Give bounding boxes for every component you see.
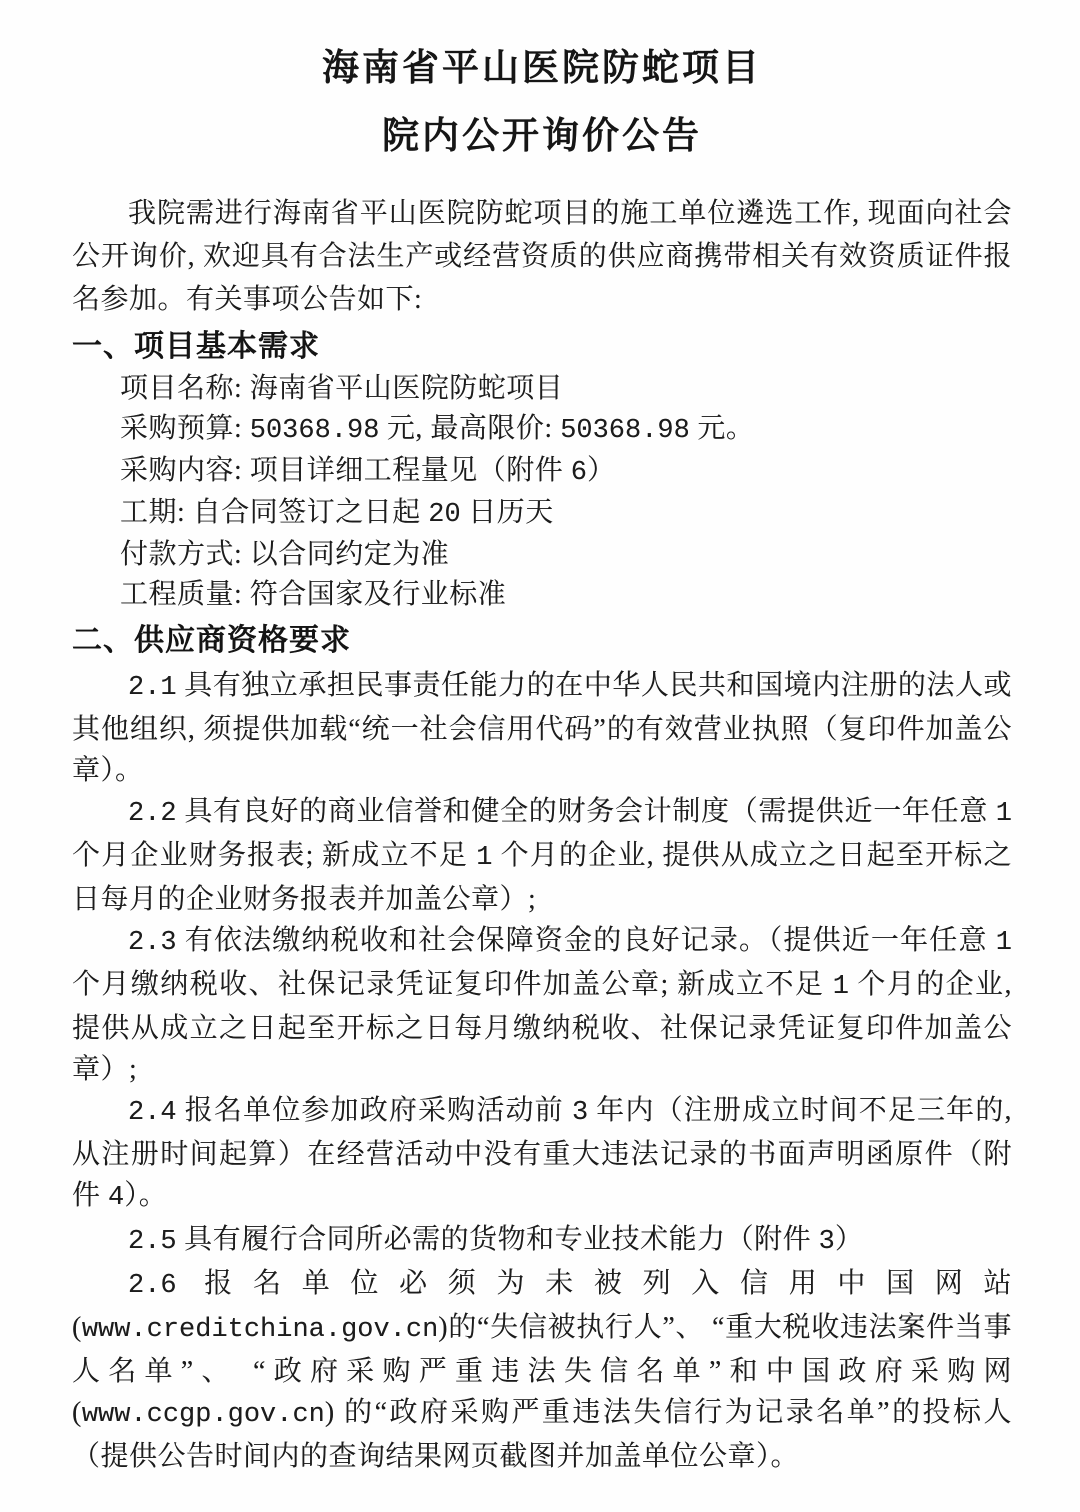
text-segment: 日历天 xyxy=(461,497,554,528)
clause-2-2: 2.2 具有良好的商业信誉和健全的财务会计制度（需提供近一年任意 1 个月企业财… xyxy=(72,791,1012,920)
doc-title-line2: 院内公开询价公告 xyxy=(72,114,1012,160)
text-segment: 工期: 自合同签订之日起 xyxy=(120,497,428,528)
section-1-heading: 一、项目基本需求 xyxy=(72,327,1012,367)
text-segment: 1 xyxy=(996,928,1012,958)
text-segment: ） xyxy=(587,455,616,486)
text-segment: 2.1 xyxy=(128,673,177,703)
section-2-heading: 二、供应商资格要求 xyxy=(72,621,1012,661)
doc-title-line1: 海南省平山医院防蛇项目 xyxy=(72,46,1012,92)
field-quality: 工程质量: 符合国家及行业标准 xyxy=(72,575,1012,615)
text-segment: 有依法缴纳税收和社会保障资金的良好记录。（提供近一年任意 xyxy=(177,925,996,956)
text-segment: 6 xyxy=(571,458,587,488)
document-page: 海南省平山医院防蛇项目 院内公开询价公告 我院需进行海南省平山医院防蛇项目的施工… xyxy=(0,0,1080,1512)
text-segment: 具有独立承担民事责任能力的在中华人民共和国境内注册的法人或其他组织, 须提供加载… xyxy=(72,670,1012,786)
text-segment: www.creditchina.gov.cn xyxy=(82,1315,438,1345)
clause-2-6: 2.6 报名单位必须为未被列入信用中国网站(www.creditchina.go… xyxy=(72,1263,1012,1477)
text-segment: 具有履行合同所必需的货物和专业技术能力（附件 xyxy=(177,1224,819,1255)
text-segment: 个月企业财务报表; 新成立不足 xyxy=(72,840,476,871)
text-segment: 采购预算: xyxy=(120,413,250,444)
text-segment: 2.4 xyxy=(128,1098,177,1128)
text-segment: 个月缴纳税收、社保记录凭证复印件加盖公章; 新成立不足 xyxy=(72,969,833,1000)
text-segment: 2.5 xyxy=(128,1227,177,1257)
text-segment: 采购内容: 项目详细工程量见（附件 xyxy=(120,455,571,486)
text-segment: 1 xyxy=(996,799,1012,829)
text-segment: 具有良好的商业信誉和健全的财务会计制度（需提供近一年任意 xyxy=(177,796,996,827)
text-segment: 2.6 xyxy=(128,1271,177,1301)
section-1-item-list: 项目名称: 海南省平山医院防蛇项目 采购预算: 50368.98 元, 最高限价… xyxy=(72,369,1012,615)
text-segment: 3 xyxy=(572,1098,588,1128)
text-segment: 2.3 xyxy=(128,928,177,958)
text-segment: 50368.98 xyxy=(560,416,690,446)
intro-paragraph: 我院需进行海南省平山医院防蛇项目的施工单位遴选工作, 现面向社会公开询价, 欢迎… xyxy=(72,192,1012,321)
text-segment: ）。 xyxy=(124,1180,167,1211)
clause-2-4: 2.4 报名单位参加政府采购活动前 3 年内（注册成立时间不足三年的, 从注册时… xyxy=(72,1090,1012,1219)
text-segment: 元。 xyxy=(690,413,755,444)
field-budget: 采购预算: 50368.98 元, 最高限价: 50368.98 元。 xyxy=(72,409,1012,451)
section-2-clause-list: 2.1 具有独立承担民事责任能力的在中华人民共和国境内注册的法人或其他组织, 须… xyxy=(72,665,1012,1477)
text-segment: 工程质量: 符合国家及行业标准 xyxy=(120,579,506,610)
text-segment: 20 xyxy=(428,500,460,530)
text-segment: 3 xyxy=(819,1227,835,1257)
clause-2-1: 2.1 具有独立承担民事责任能力的在中华人民共和国境内注册的法人或其他组织, 须… xyxy=(72,665,1012,791)
field-duration: 工期: 自合同签订之日起 20 日历天 xyxy=(72,493,1012,535)
text-segment: 1 xyxy=(833,972,849,1002)
field-purchase-content: 采购内容: 项目详细工程量见（附件 6） xyxy=(72,451,1012,493)
text-segment: 2.2 xyxy=(128,799,177,829)
text-segment: ） xyxy=(835,1224,864,1255)
text-segment: 50368.98 xyxy=(250,416,380,446)
text-segment: 1 xyxy=(476,843,492,873)
text-segment: 付款方式: 以合同约定为准 xyxy=(120,539,449,570)
field-project-name: 项目名称: 海南省平山医院防蛇项目 xyxy=(72,369,1012,409)
text-segment: 项目名称: 海南省平山医院防蛇项目 xyxy=(120,373,563,404)
text-segment: www.ccgp.gov.cn xyxy=(82,1400,325,1430)
field-payment-method: 付款方式: 以合同约定为准 xyxy=(72,535,1012,575)
clause-2-5: 2.5 具有履行合同所必需的货物和专业技术能力（附件 3） xyxy=(72,1219,1012,1263)
clause-2-3: 2.3 有依法缴纳税收和社会保障资金的良好记录。（提供近一年任意 1 个月缴纳税… xyxy=(72,920,1012,1090)
text-segment: 报名单位参加政府采购活动前 xyxy=(177,1095,572,1126)
text-segment: 元, 最高限价: xyxy=(379,413,560,444)
text-segment: 4 xyxy=(108,1183,124,1213)
